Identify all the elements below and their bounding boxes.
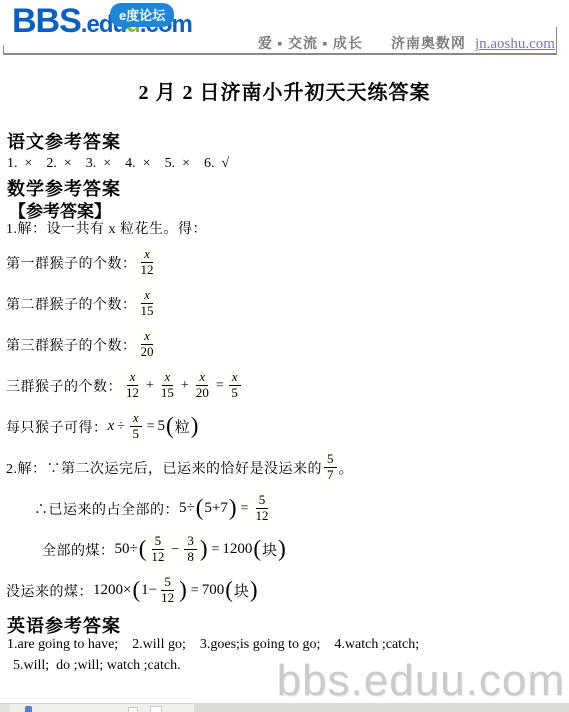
math-line: 第一群猴子的个数：x12 (6, 242, 569, 283)
toolbar-shape-icon-fragment (128, 707, 138, 712)
math-text: 粒 (175, 416, 190, 437)
math-line-label: 第三群猴子的个数： (6, 335, 137, 355)
fraction: 57 (324, 452, 337, 483)
math-answer-lines: 1.解：设一共有 x 粒花生。得：第一群猴子的个数：x12第二群猴子的个数：x1… (6, 216, 569, 611)
math-paren: ) (179, 578, 187, 601)
math-paren: ( (132, 578, 140, 601)
math-line: 第二群猴子的个数：x15 (6, 283, 569, 324)
tagline: 爱 ▪ 交流 ▪ 成长 (258, 33, 363, 53)
site-link[interactable]: jn.aoshu.com (475, 36, 555, 53)
math-line: 三群猴子的个数：x12+x15+x20=x5 (6, 365, 569, 406)
fraction: 38 (184, 534, 197, 565)
taskbar-fragment-left (0, 703, 194, 712)
fraction: x20 (139, 329, 156, 360)
math-operator: = (241, 501, 249, 517)
toolbar-icon-fragment (0, 704, 10, 712)
math-line-label: 全部的煤： (42, 540, 115, 560)
header-rule (3, 53, 557, 55)
fraction: 512 (149, 534, 166, 565)
math-line-label: 没运来的煤： (6, 581, 93, 601)
english-answers-line-1: 1.are going to have; 2.will go; 3.goes;i… (7, 637, 419, 653)
taskbar-fragment-right (194, 703, 569, 712)
math-operator: − (171, 542, 179, 558)
math-line: ∴已运来的占全部的：5÷(5+7)=512 (6, 488, 569, 529)
math-operator: = (191, 583, 199, 599)
math-line: 2.解：∵第二次运完后，已运来的恰好是没运来的57。 (6, 447, 569, 488)
header-rule-left-tick (3, 45, 4, 53)
toolbar-blue-icon-fragment (25, 706, 32, 712)
math-paren: ( (253, 537, 261, 560)
taskbar-fragment (0, 703, 569, 712)
fraction: x5 (130, 411, 142, 442)
math-text: 1− (141, 582, 157, 599)
math-operator: ÷ (117, 419, 125, 435)
page-title: 2 月 2 日济南小升初天天练答案 (0, 76, 569, 105)
fraction: x12 (139, 247, 156, 278)
forum-bubble-badge: e度论坛 (110, 3, 174, 27)
math-operator: + (146, 378, 154, 394)
math-paren: ) (278, 537, 286, 560)
math-line-label: 三群猴子的个数： (6, 376, 122, 396)
fraction: x12 (124, 370, 141, 401)
math-line-label: 第二群猴子的个数： (6, 294, 137, 314)
chinese-section-heading: 语文参考答案 (7, 128, 121, 154)
math-paren: ( (166, 414, 174, 437)
math-text: 700 (202, 582, 225, 599)
math-line-label: 2.解：∵第二次运完后，已运来的恰好是没运来的 (6, 458, 322, 478)
chinese-answers-line: 1. × 2. × 3. × 4. × 5. × 6. √ (7, 156, 229, 172)
document-page: BBS.eduu.com e度论坛 爱 ▪ 交流 ▪ 成长 济南奥数网 jn.a… (0, 0, 569, 712)
math-operator: = (147, 419, 155, 435)
math-operator: = (216, 378, 224, 394)
header-tagline-row: 爱 ▪ 交流 ▪ 成长 济南奥数网 jn.aoshu.com (258, 33, 548, 53)
math-text: 1200× (93, 582, 131, 599)
math-text: 。 (339, 457, 354, 478)
fraction: x5 (229, 370, 241, 401)
math-text: 块 (262, 539, 277, 560)
fraction: 512 (253, 493, 270, 524)
math-text: 50÷ (115, 541, 138, 558)
fraction: x15 (159, 370, 176, 401)
fraction: x15 (139, 288, 156, 319)
math-line-label: 第一群猴子的个数： (6, 253, 137, 273)
header-rule-right-tick (556, 27, 557, 54)
math-text: 1200 (222, 541, 252, 558)
math-line-label: 每只猴子可得： (6, 417, 108, 437)
math-text: 5÷ (179, 500, 195, 517)
fraction: 512 (159, 575, 176, 606)
math-text: x (108, 418, 115, 435)
math-text: 5+7 (204, 500, 227, 517)
math-line: 每只猴子可得：x÷x5=5(粒) (6, 406, 569, 447)
math-text: 5 (158, 418, 166, 435)
math-operator: = (211, 542, 219, 558)
math-line-label: 1.解：设一共有 x 粒花生。得： (6, 218, 207, 238)
math-line: 全部的煤：50÷(512−38)=1200(块) (6, 529, 569, 570)
math-paren: ( (225, 578, 233, 601)
math-operator: + (181, 378, 189, 394)
math-paren: ) (250, 578, 258, 601)
english-section-heading: 英语参考答案 (7, 612, 121, 638)
watermark: bbs.eduu.com (277, 656, 565, 706)
math-line: 第三群猴子的个数：x20 (6, 324, 569, 365)
fraction: x20 (194, 370, 211, 401)
math-paren: ) (191, 414, 199, 437)
site-name: 济南奥数网 (391, 33, 466, 53)
math-paren: ) (200, 537, 208, 560)
toolbar-box-icon-fragment (150, 706, 162, 712)
english-answers-line-2: 5.will; do ;will; watch ;catch. (13, 658, 181, 674)
math-line: 没运来的煤：1200×(1−512)=700(块) (6, 570, 569, 611)
math-line: 1.解：设一共有 x 粒花生。得： (6, 216, 569, 240)
math-paren: ( (196, 496, 204, 519)
forum-bubble-label: e度论坛 (119, 8, 165, 23)
math-line-label: ∴已运来的占全部的： (34, 499, 179, 519)
math-paren: ) (229, 496, 237, 519)
math-text: 块 (234, 580, 249, 601)
bubble-tail-icon (122, 26, 131, 32)
logo-text-bbs: BBS (12, 2, 81, 41)
math-paren: ( (139, 537, 147, 560)
